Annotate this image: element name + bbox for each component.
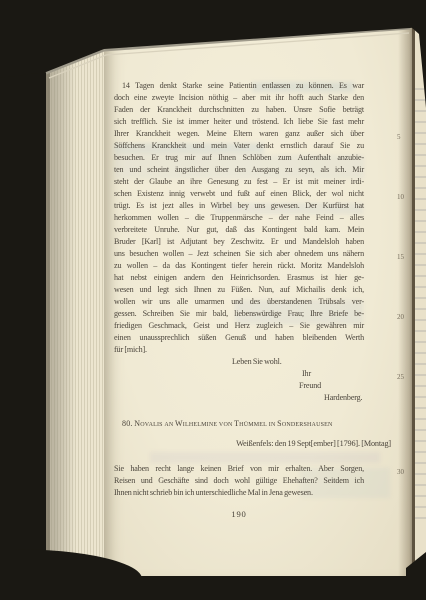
text-line: für [mich]. bbox=[114, 344, 364, 356]
margin-line-number: 25 bbox=[397, 371, 404, 383]
text-line: Freund bbox=[114, 380, 364, 392]
fore-edge-page-stack bbox=[46, 40, 110, 578]
text-column: 14 Tagen denkt Starke seine Patientin en… bbox=[114, 80, 364, 520]
text-line: friedigen Geschmack, Geist und Herz zugl… bbox=[114, 320, 364, 332]
text-line: sich trefflich. Sie ist immer heiter und… bbox=[114, 116, 364, 128]
margin-line-number: 20 bbox=[397, 311, 404, 323]
facing-page-showthrough-text bbox=[415, 88, 426, 528]
letter-heading: 80. Novalis an Wilhelmine von Thümmel in… bbox=[114, 418, 364, 430]
text-line: verbreitete Unruhe. Nur gut, daß das Kon… bbox=[114, 224, 364, 236]
text-line: besuchen. Er trug mir auf Ihnen Schlöben… bbox=[114, 152, 364, 164]
signature-block: Ihr25FreundHardenberg. bbox=[114, 368, 364, 404]
text-line: schen Existenz innig verwebt und fußt au… bbox=[114, 188, 364, 200]
margin-line-number: 5 bbox=[397, 131, 401, 143]
text-line: Faden der Kranckheit durchschnitten zu h… bbox=[114, 104, 364, 116]
text-line: hat nebst einigen andern den Heinrichsor… bbox=[114, 272, 364, 284]
text-line: wesen und legt sich Ihnen zu Füßen. Nun,… bbox=[114, 284, 364, 296]
text-line: herkommen wollen – die Truppenmärsche – … bbox=[114, 212, 364, 224]
text-line: zu wollen – da das Kontingent tiefer her… bbox=[114, 260, 364, 272]
text-line: steht der Glaube an ihre Genesung zu fes… bbox=[114, 176, 364, 188]
letter-closing: Leben Sie wohl. bbox=[114, 356, 364, 368]
previous-letter-paragraph: 14 Tagen denkt Starke seine Patientin en… bbox=[114, 80, 364, 356]
letter-80-paragraph: Sie haben recht lange keinen Brief von m… bbox=[114, 463, 364, 499]
text-line: wollen wir uns alle umarmen und des über… bbox=[114, 296, 364, 308]
text-line: Bruder [Karl] ist Adjutant bey Zeschwitz… bbox=[114, 236, 364, 248]
margin-line-number: 30 bbox=[397, 466, 404, 478]
text-line: Hardenberg. bbox=[114, 392, 364, 404]
text-line: ten und scheint ängstlicher über den Aus… bbox=[114, 164, 364, 176]
margin-line-number: 10 bbox=[397, 191, 404, 203]
text-line: Söffchens Kranckheit und mein Vater denk… bbox=[114, 140, 364, 152]
margin-line-number: 15 bbox=[397, 251, 404, 263]
text-line: trügt. Es ist jezt alles in Wirbel bey u… bbox=[114, 200, 364, 212]
text-line: uns besuchen wollen – Jezt scheinen Sie … bbox=[114, 248, 364, 260]
text-line: einen unaussprechlich süßen Genuß und ha… bbox=[114, 332, 364, 344]
text-line: Reisen und Geschäfte sind doch wohl gült… bbox=[114, 475, 364, 487]
text-line: doch eine zweyte Incision nöthig – aber … bbox=[114, 92, 364, 104]
text-line: gessen. Schreiben Sie mir bald, liebensw… bbox=[114, 308, 364, 320]
text-line: Ihr25 bbox=[114, 368, 364, 380]
text-line: 14 Tagen denkt Starke seine Patientin en… bbox=[114, 80, 364, 92]
book-photo: 14 Tagen denkt Starke seine Patientin en… bbox=[0, 0, 426, 600]
text-line: Ihrer Kranckheit wegen. Meine Eltern war… bbox=[114, 128, 364, 140]
facing-page-sliver bbox=[415, 28, 426, 568]
gutter-shadow bbox=[398, 26, 413, 576]
page-number: 190 bbox=[114, 508, 364, 520]
letter-dateline: Weißenfels: den 19 Sept[ember] [1796]. [… bbox=[114, 438, 391, 450]
gutter-fold-line bbox=[412, 26, 415, 576]
text-line: Sie haben recht lange keinen Brief von m… bbox=[114, 463, 364, 475]
text-line: Ihnen nicht schrieb bin ich unterschiedl… bbox=[114, 487, 364, 499]
